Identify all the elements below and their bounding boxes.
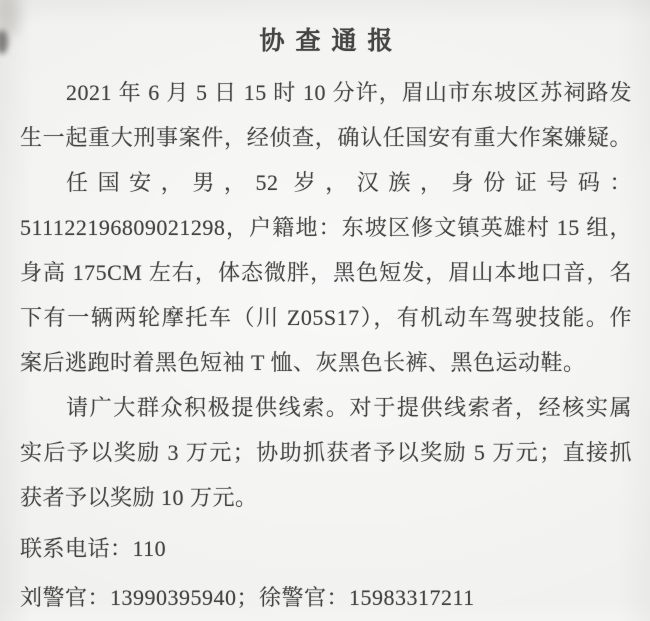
paragraph3-line3-reward-capture: 获者予以奖励 10 万元。 [20, 475, 632, 520]
paragraph2-line1-suspect-intro: 任国安，男，52 岁，汉族，身份证号码： [20, 160, 632, 205]
paragraph2-line4-motorcycle: 下有一辆两轮摩托车（川 Z05S17），有机动车驾驶技能。作 [20, 295, 632, 340]
notice-title: 协查通报 [20, 22, 632, 62]
contact-hotline-line: 联系电话：110 [20, 526, 632, 571]
paragraph1-line2: 生一起重大刑事案件，经侦查，确认任国安有重大作案嫌疑。 [20, 115, 632, 160]
paragraph2-line2-id-number: 511122196809021298，户籍地：东坡区修文镇英雄村 15 组， [20, 205, 632, 250]
officer-contacts-line: 刘警官：13990395940；徐警官：15983317211 [20, 575, 632, 620]
paragraph3-line1-appeal: 请广大群众积极提供线索。对于提供线索者，经核实属 [20, 385, 632, 430]
paragraph1-line1: 2021 年 6 月 5 日 15 时 10 分许，眉山市东坡区苏祠路发 [20, 70, 632, 115]
paragraph3-line2-rewards: 实后予以奖励 3 万元；协助抓获者予以奖励 5 万元；直接抓 [20, 430, 632, 475]
paragraph2-line3-appearance: 身高 175CM 左右，体态微胖，黑色短发，眉山本地口音，名 [20, 250, 632, 295]
notice-document: 协查通报 2021 年 6 月 5 日 15 时 10 分许，眉山市东坡区苏祠路… [0, 0, 650, 620]
paragraph2-line5-clothing: 案后逃跑时着黑色短袖 T 恤、灰黑色长裤、黑色运动鞋。 [20, 340, 632, 385]
